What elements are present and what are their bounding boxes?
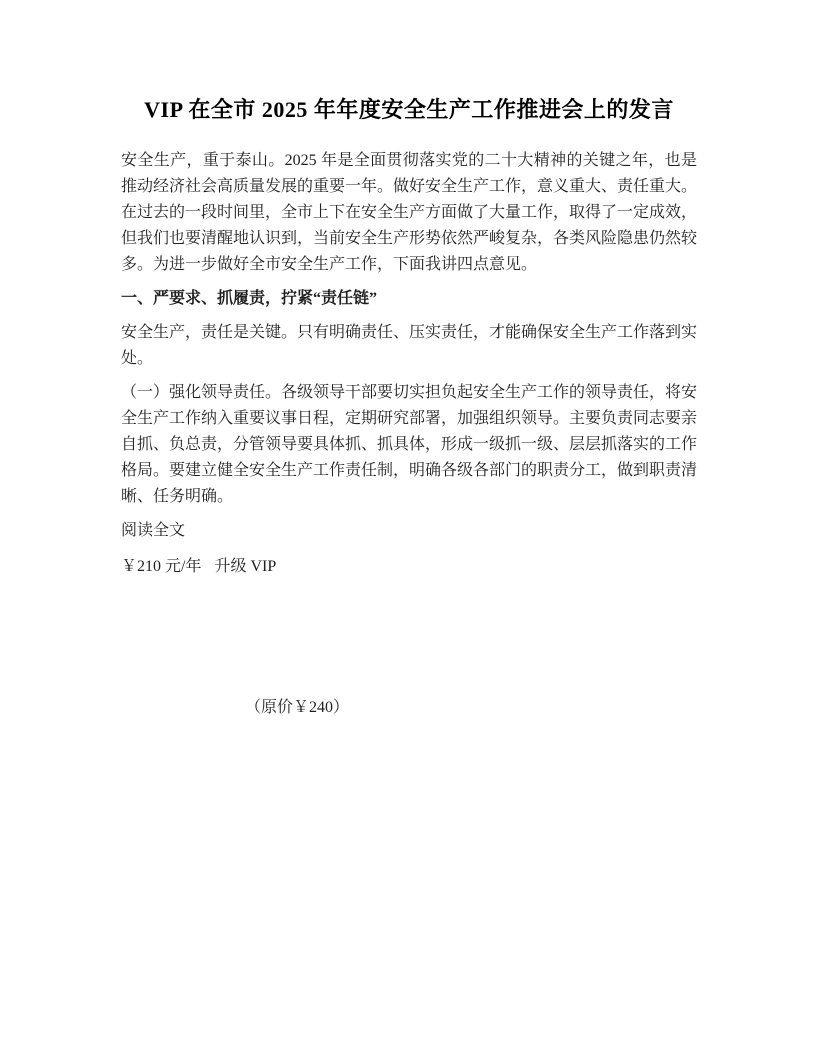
vip-price-label: ￥210 元/年: [121, 558, 201, 575]
paragraph-intro: 安全生产，重于泰山。2025 年是全面贯彻落实党的二十大精神的关键之年，也是推动…: [121, 148, 697, 278]
original-price-note: （原价￥240）: [245, 695, 697, 721]
vip-offer-row: ￥210 元/年 升级 VIP: [121, 554, 697, 580]
document-title: VIP 在全市 2025 年年度安全生产工作推进会上的发言: [121, 96, 697, 124]
read-more-row: 阅读全文: [121, 518, 697, 544]
document-page: VIP 在全市 2025 年年度安全生产工作推进会上的发言 安全生产，重于泰山。…: [0, 0, 816, 1056]
read-full-text-link[interactable]: 阅读全文: [121, 522, 185, 539]
upgrade-vip-button[interactable]: 升级 VIP: [214, 558, 276, 575]
paragraph-responsibility-key: 安全生产，责任是关键。只有明确责任、压实责任，才能确保安全生产工作落到实处。: [121, 320, 697, 372]
section-heading-responsibility-chain: 一、严要求、抓履责，拧紧“责任链”: [121, 286, 697, 312]
paragraph-leadership-responsibility: （一）强化领导责任。各级领导干部要切实担负起安全生产工作的领导责任，将安全生产工…: [121, 380, 697, 510]
